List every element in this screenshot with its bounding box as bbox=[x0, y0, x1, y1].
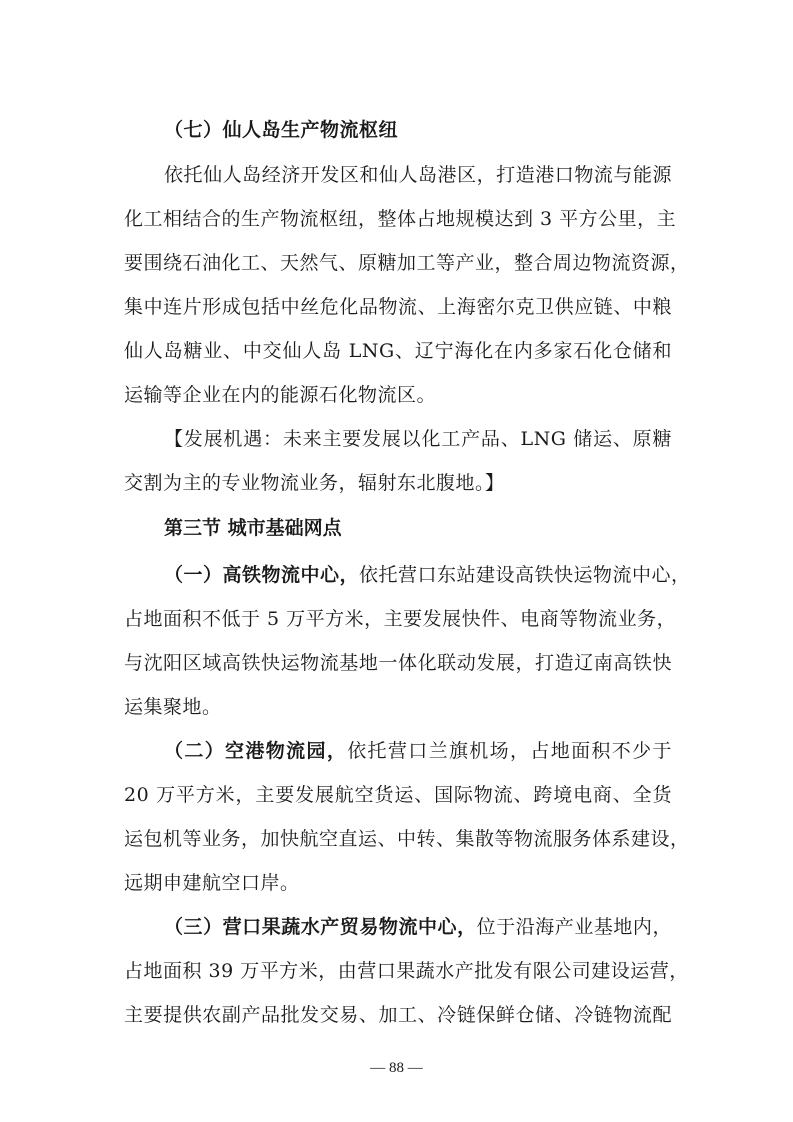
paragraph-line: 化工相结合的生产物流枢纽，整体占地规模达到 3 平方公里，主 bbox=[124, 204, 672, 234]
paragraph-line: 与沈阳区域高铁快运物流基地一体化联动发展，打造辽南高铁快 bbox=[124, 648, 672, 678]
paragraph-line: 运输等企业在内的能源石化物流区。 bbox=[124, 380, 672, 410]
item-lead: （三）营口果蔬水产贸易物流中心， bbox=[164, 916, 477, 938]
item-lead: （二）空港物流园， bbox=[164, 740, 347, 762]
paragraph-line: 集中连片形成包括中丝危化品物流、上海密尔克卫供应链、中粮 bbox=[124, 292, 672, 322]
opportunity-note-line: 【发展机遇：未来主要发展以化工产品、LNG 储运、原糖 bbox=[164, 424, 672, 454]
paragraph-line: 要围绕石油化工、天然气、原糖加工等产业，整合周边物流资源， bbox=[124, 248, 672, 278]
item-text: 依托营口兰旗机场，占地面积不少于 bbox=[347, 740, 672, 762]
item-lead: （一）高铁物流中心， bbox=[164, 564, 359, 586]
document-page: （七）仙人岛生产物流枢纽 依托仙人岛经济开发区和仙人岛港区，打造港口物流与能源 … bbox=[0, 0, 793, 1122]
paragraph-line: 运集聚地。 bbox=[124, 692, 672, 722]
paragraph-line: 20 万平方米，主要发展航空货运、国际物流、跨境电商、全货 bbox=[124, 780, 672, 810]
paragraph-line: 远期申建航空口岸。 bbox=[124, 868, 672, 898]
item-text: 依托营口东站建设高铁快运物流中心， bbox=[359, 564, 691, 586]
item-first-line: （三）营口果蔬水产贸易物流中心，位于沿海产业基地内， bbox=[164, 912, 672, 942]
paragraph-line: 运包机等业务，加快航空直运、中转、集散等物流服务体系建设， bbox=[124, 824, 672, 854]
opportunity-note-line: 交割为主的专业物流业务，辐射东北腹地。】 bbox=[124, 468, 672, 498]
page-number: — 88 — bbox=[0, 1060, 793, 1077]
item-text: 位于沿海产业基地内， bbox=[477, 916, 672, 938]
item-first-line: （二）空港物流园，依托营口兰旗机场，占地面积不少于 bbox=[164, 736, 672, 766]
paragraph-line: 占地面积 39 万平方米，由营口果蔬水产批发有限公司建设运营， bbox=[124, 956, 672, 986]
item-first-line: （一）高铁物流中心，依托营口东站建设高铁快运物流中心， bbox=[164, 560, 672, 590]
paragraph-line: 占地面积不低于 5 万平方米，主要发展快件、电商等物流业务， bbox=[124, 604, 672, 634]
section-title: 第三节 城市基础网点 bbox=[164, 513, 342, 543]
paragraph-line: 依托仙人岛经济开发区和仙人岛港区，打造港口物流与能源 bbox=[164, 160, 672, 190]
subsection-heading-7: （七）仙人岛生产物流枢纽 bbox=[164, 115, 672, 145]
paragraph-line: 主要提供农副产品批发交易、加工、冷链保鲜仓储、冷链物流配 bbox=[124, 1000, 672, 1030]
paragraph-line: 仙人岛糖业、中交仙人岛 LNG、辽宁海化在内多家石化仓储和 bbox=[124, 336, 672, 366]
